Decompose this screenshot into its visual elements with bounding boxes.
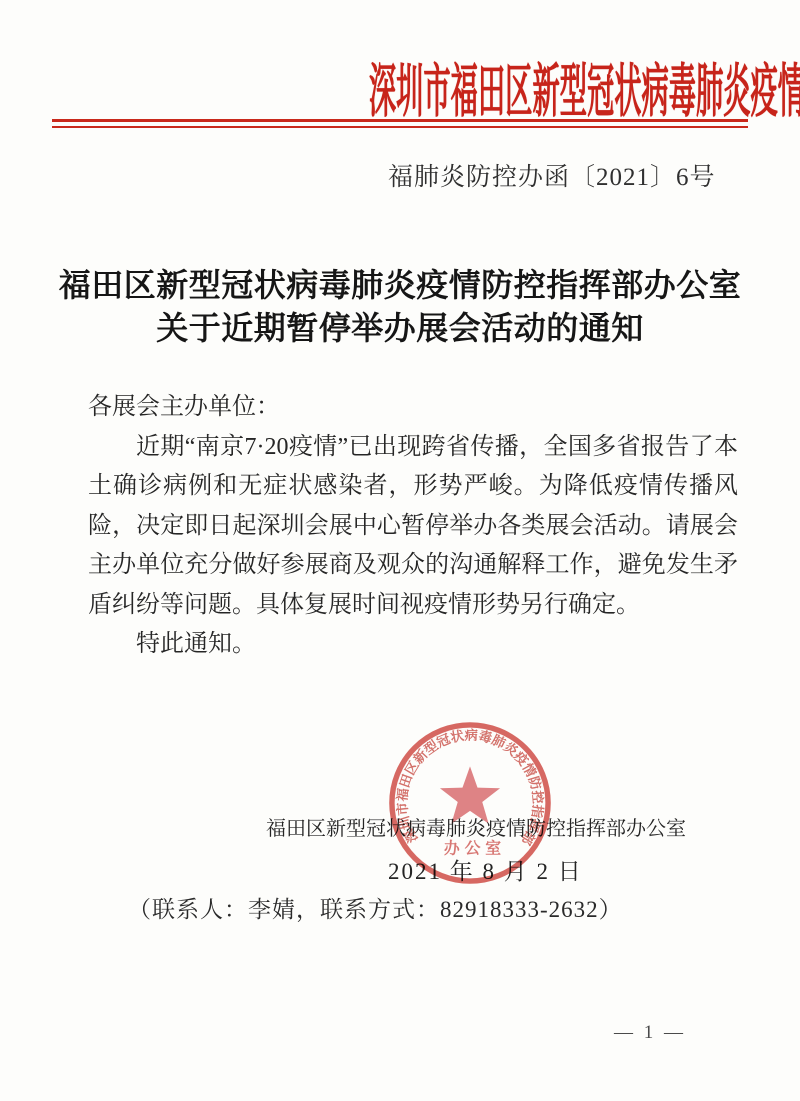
document-reference-number: 福肺炎防控办函〔2021〕6号 — [388, 157, 716, 193]
document-title: 福田区新型冠状病毒肺炎疫情防控指挥部办公室 关于近期暂停举办展会活动的通知 — [0, 264, 800, 350]
closing-phrase: 特此通知。 — [88, 625, 738, 665]
salutation: 各展会主办单位： — [88, 388, 738, 428]
official-document-page: 深圳市福田区新型冠状病毒肺炎疫情防控指挥部办公室 福肺炎防控办函〔2021〕6号… — [0, 0, 800, 1101]
document-title-line1: 福田区新型冠状病毒肺炎疫情防控指挥部办公室 — [0, 264, 800, 307]
page-number: — 1 — — [600, 1022, 700, 1044]
document-body: 各展会主办单位： 近期“南京7·20疫情”已出现跨省传播，全国多省报告了本土确诊… — [88, 388, 738, 665]
contact-info: （联系人：李婧，联系方式：82918333-2632） — [128, 891, 623, 924]
signature-org-name: 福田区新型冠状病毒肺炎疫情防控指挥部办公室 — [266, 812, 686, 841]
letterhead-org-name: 深圳市福田区新型冠状病毒肺炎疫情防控指挥部办公室 — [0, 44, 800, 128]
letterhead-org-name-text: 深圳市福田区新型冠状病毒肺炎疫情防控指挥部办公室 — [369, 44, 800, 128]
document-title-line2: 关于近期暂停举办展会活动的通知 — [0, 307, 800, 350]
signature-date: 2021 年 8 月 2 日 — [388, 853, 583, 886]
letterhead-double-rule — [52, 119, 748, 128]
body-paragraph: 近期“南京7·20疫情”已出现跨省传播，全国多省报告了本土确诊病例和无症状感染者… — [88, 428, 738, 626]
